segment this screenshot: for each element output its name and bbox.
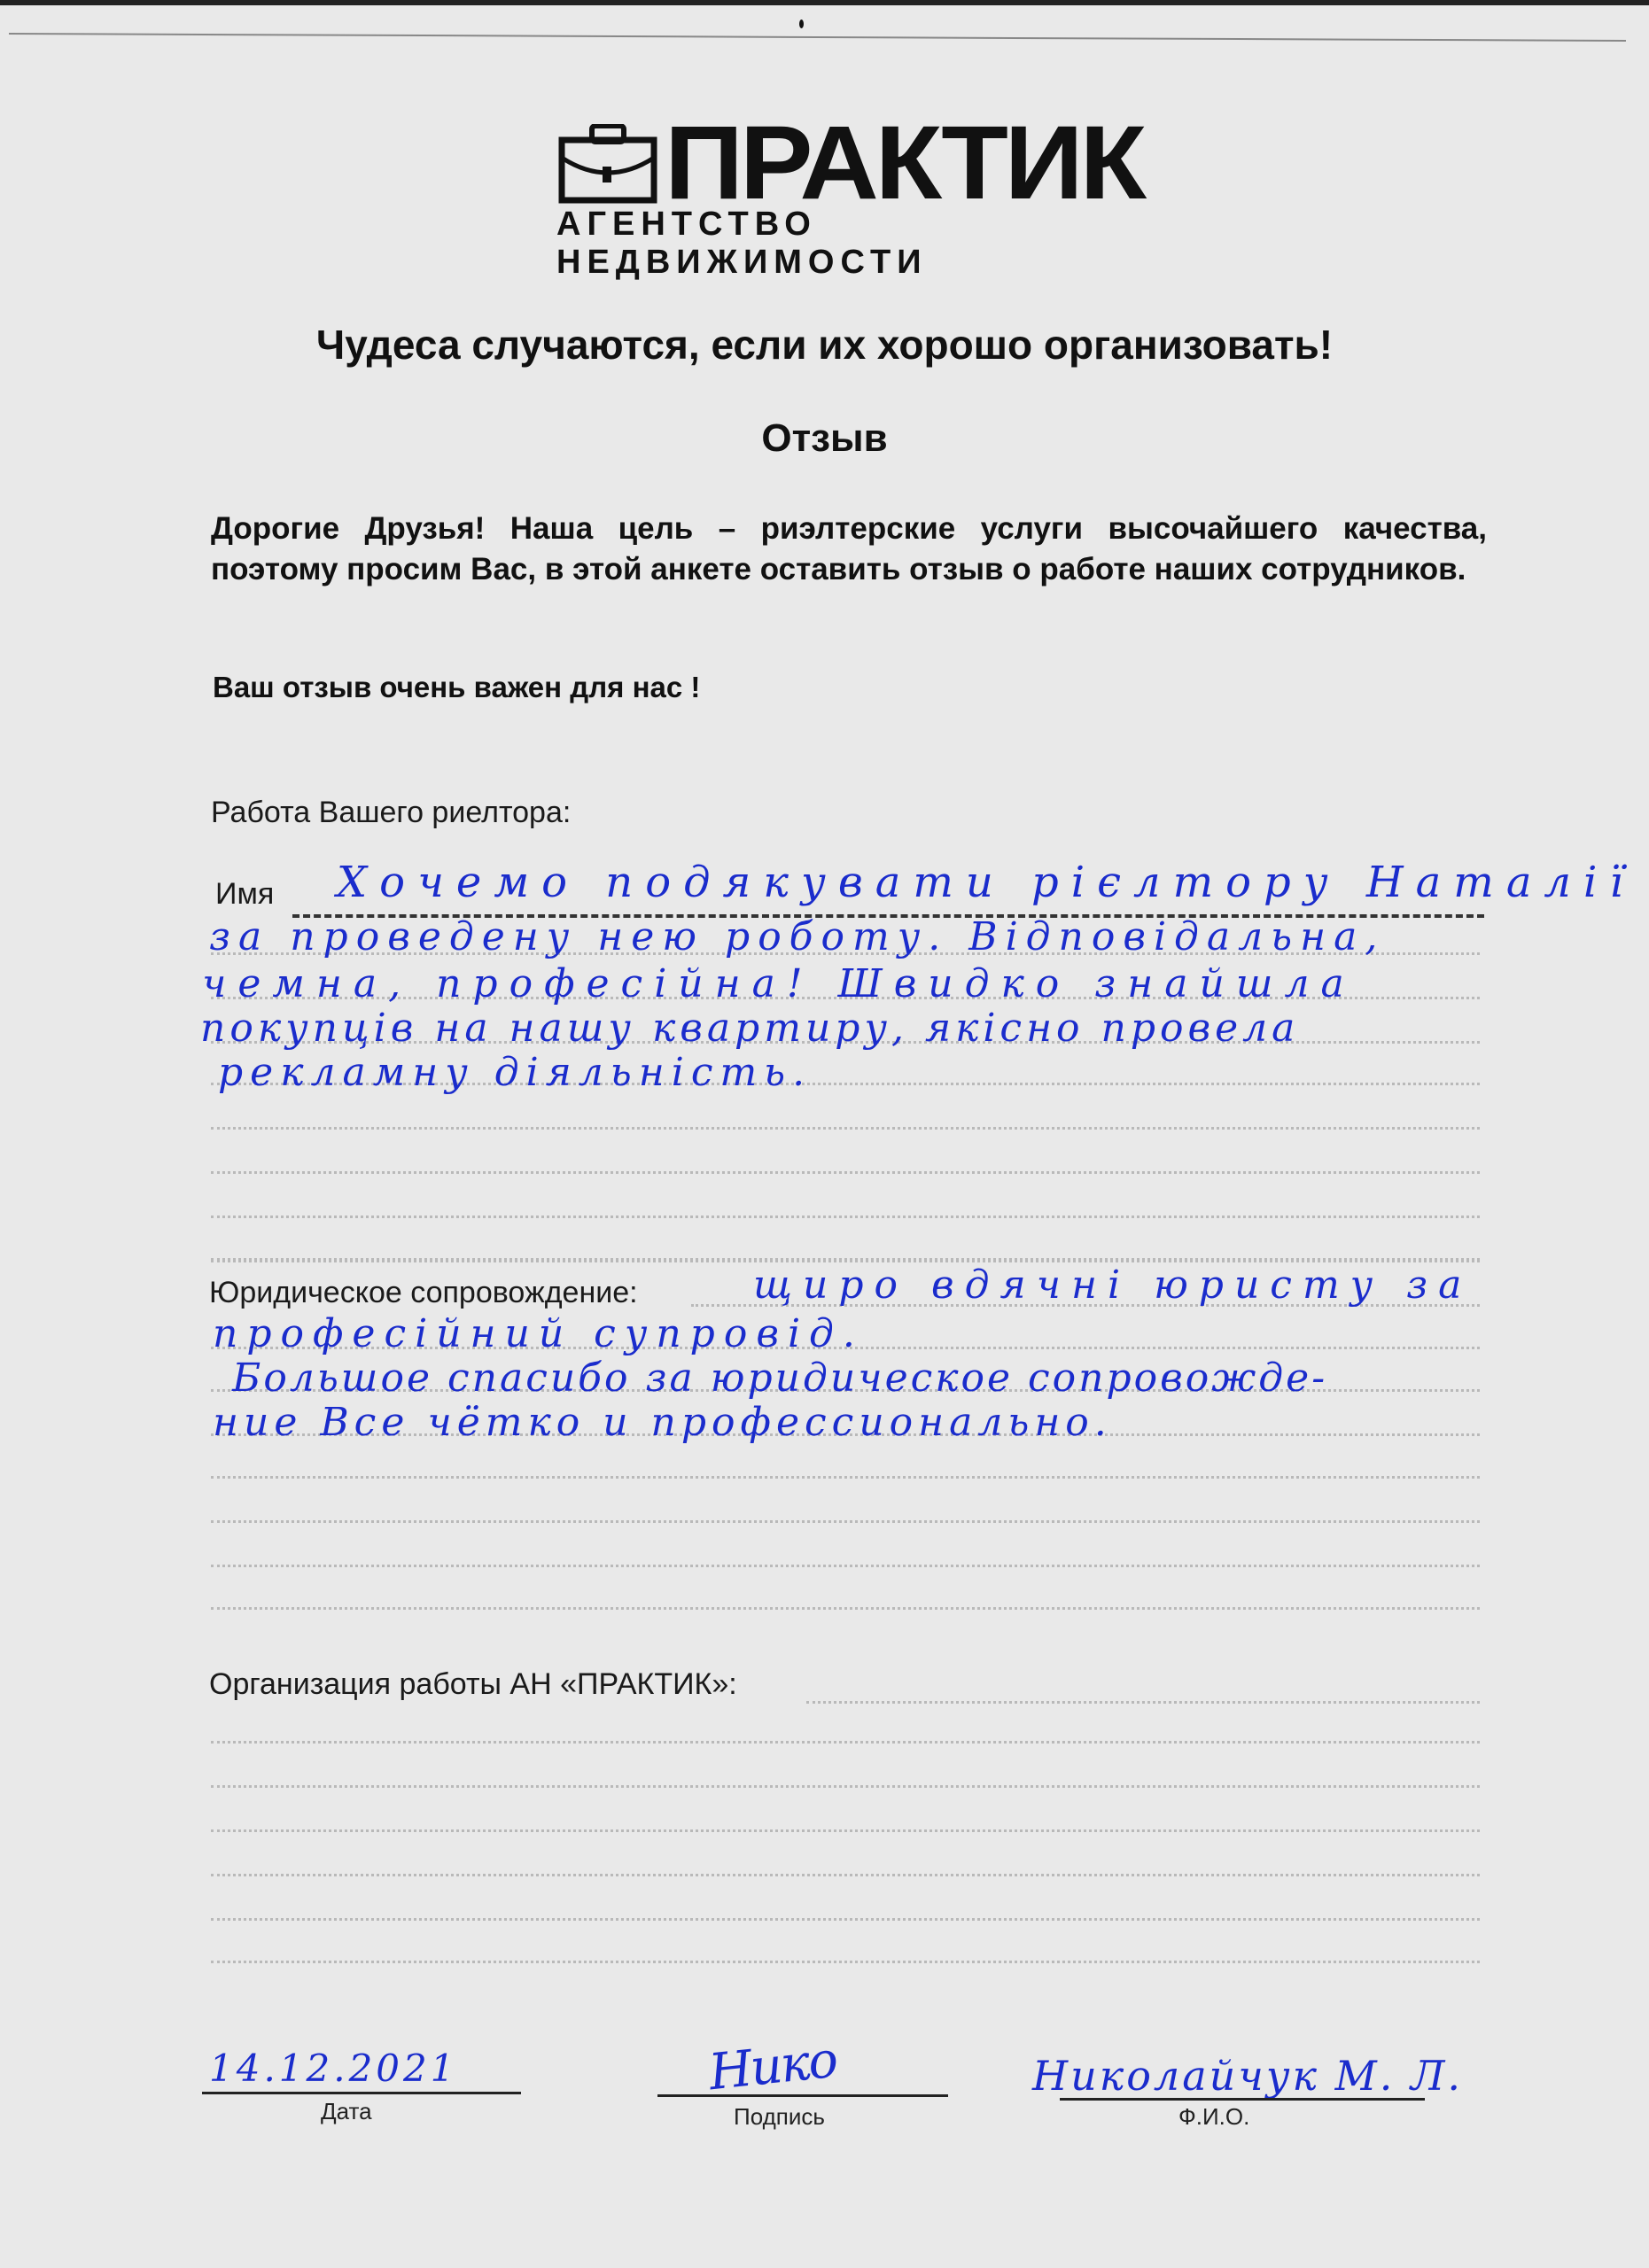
handwritten-line: покупців на нашу квартиру, якісно провел… [200,1006,1299,1051]
date-caption: Дата [321,2098,372,2125]
logo-wordmark: ПРАКТИК [665,111,1143,215]
handwritten-line: чемна, професійна! Швидко знайшла [202,961,1356,1006]
realtor-section-label: Работа Вашего риелтора: [211,796,571,830]
scan-edge [0,0,1649,5]
important-note: Ваш отзыв очень важен для нас ! [213,671,700,704]
handwritten-line: щиро вдячні юристу за [753,1262,1472,1308]
handwritten-line: за проведену нею роботу. Відповідальна, [209,914,1385,959]
organization-section-label: Организация работы АН «ПРАКТИК»: [209,1667,737,1702]
full-name-line [1060,2098,1425,2101]
legal-section-label: Юридическое сопровождение: [209,1276,638,1310]
signature-caption: Подпись [734,2103,825,2131]
intro-paragraph: Дорогие Друзья! Наша цель – риэлтерские … [211,509,1487,590]
logo-subtitle: АГЕНТСТВО НЕДВИЖИМОСТИ [556,206,1154,282]
handwritten-line: ние Все чётко и профессионально. [213,1400,1112,1445]
name-field-label: Имя [215,877,274,912]
full-name-caption: Ф.И.О. [1178,2103,1249,2131]
handwritten-line: Большое спасибо за юридическое сопровожд… [232,1355,1327,1401]
date-line [202,2092,521,2094]
full-name-value: Николайчук М. Л. [1032,2052,1463,2100]
signature-line [657,2094,948,2097]
scan-speck [799,19,804,28]
handwritten-line: Хочемо подякувати рієлтору Наталії [337,858,1636,907]
company-logo: ПРАКТИК АГЕНТСТВО НЕДВИЖИМОСТИ [551,106,1154,239]
handwritten-line: рекламну діяльність. [218,1050,812,1095]
scan-artifact-line [9,33,1626,42]
signature-value: Нико [706,2031,839,2102]
page-title: Отзыв [0,416,1649,461]
tagline: Чудеса случаются, если их хорошо организ… [0,321,1649,369]
date-value: 14.12.2021 [209,2047,457,2090]
briefcase-icon [558,124,660,204]
handwritten-line: професійний супровід. [213,1311,864,1356]
